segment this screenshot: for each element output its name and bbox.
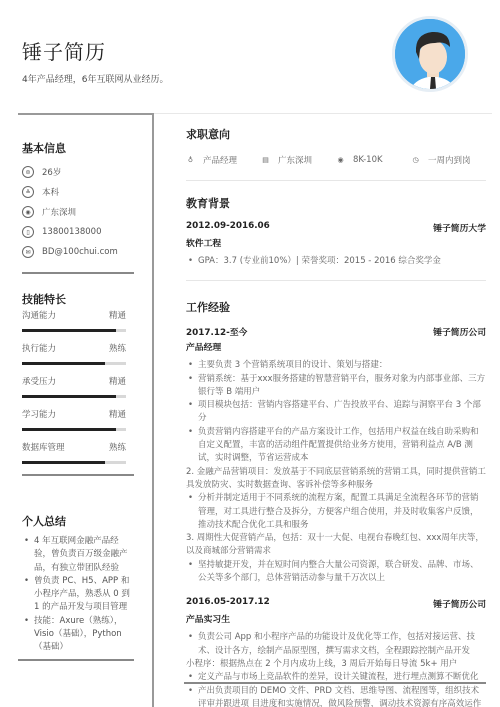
job-item: 负责公司 App 和小程序产品的功能设计及优化等工作，包括对接运营、技术、设计各…	[186, 631, 486, 658]
skill-level: 精通	[109, 309, 126, 323]
intent-salary-value: 8K-10K	[353, 155, 383, 165]
skill-level: 熟练	[109, 342, 126, 356]
job-item: 分析并制定适用于不同系统的流程方案，配置工具满足全流程各环节的营销管理，对工具进…	[186, 492, 486, 532]
job-head: 2016.05-2017.12 锤子简历公司	[186, 597, 486, 610]
skills-divider	[22, 474, 134, 476]
info-age: ⊜ 26岁	[22, 162, 134, 182]
education-major: 软件工程	[186, 236, 486, 249]
education-title: 教育背景	[186, 195, 486, 211]
basic-info-divider	[22, 272, 134, 274]
intent-city-value: 广东深圳	[278, 154, 312, 166]
education-item: GPA：3.7 (专业前10%）| 荣誉奖项：2015 - 2016 综合奖学金	[186, 255, 486, 268]
work-divider	[184, 682, 486, 684]
intent-job-value: 产品经理	[203, 154, 237, 166]
intent-time-value: 一周内到岗	[428, 154, 471, 166]
job-list: 分析并制定适用于不同系统的流程方案，配置工具满足全流程各环节的营销管理，对工具进…	[186, 492, 486, 532]
skill-name: 数据库管理	[22, 441, 65, 455]
info-email-value[interactable]: BD@100chui.com	[42, 247, 118, 257]
info-age-value: 26岁	[42, 166, 61, 178]
basic-info-title: 基本信息	[22, 140, 134, 156]
job-list: 主要负责 3 个营销系统项目的设计、策划与搭建： 营销系统：基于xxx服务搭建的…	[186, 359, 486, 465]
skill-bar	[22, 329, 126, 332]
summary-divider	[18, 659, 134, 661]
intent-time: ◷ 一周内到岗	[411, 154, 486, 166]
job-company: 锤子简历公司	[433, 597, 486, 610]
job-list: 定义产品与市场上竞品软件的差异，设计关键流程，进行埋点测算不断优化 产出负责项目…	[186, 671, 486, 707]
avatar	[392, 16, 468, 92]
education-school: 锤子简历大学	[433, 221, 486, 234]
summary-title: 个人总结	[22, 513, 134, 529]
education-period: 2012.09-2016.06	[186, 221, 270, 234]
info-location: ◉ 广东深圳	[22, 202, 134, 222]
skill-item: 承受压力精通	[22, 375, 126, 398]
skill-name: 学习能力	[22, 408, 56, 422]
info-email: ✉ BD@100chui.com	[22, 242, 134, 262]
age-icon: ⊜	[22, 166, 34, 178]
job-paragraph: 小程序：根据热点在 2 个月内成功上线，3 周后开始每日导流 5k+ 用户	[186, 658, 486, 671]
education-divider	[186, 280, 486, 281]
resume-tagline: 4年产品经理，6年互联网从业经历。	[22, 72, 168, 85]
job-list: 坚持敏捷开发，并在短时间内整合大量公司资源，联合研发、品牌、市场、公关等多个部门…	[186, 559, 486, 586]
header-divider-right	[152, 113, 492, 114]
salary-icon: ◉	[336, 156, 345, 165]
skills-section: 技能特长 沟通能力精通 执行能力熟练 承受压力精通 学习能力精通 数据库管理熟练	[22, 291, 126, 476]
skills-title: 技能特长	[22, 291, 126, 307]
city-icon: ▤	[261, 156, 270, 165]
job-item: 主要负责 3 个营销系统项目的设计、策划与搭建：	[186, 359, 486, 372]
summary-item: 曾负责 PC、H5、APP 和小程序产品，熟悉从 0 到 1 的产品开发与项目管…	[22, 575, 134, 615]
skill-item: 数据库管理熟练	[22, 441, 126, 464]
skill-item: 学习能力精通	[22, 408, 126, 431]
intent-divider	[186, 180, 486, 181]
intent-title: 求职意向	[186, 126, 486, 142]
summary-section: 个人总结 4 年互联网金融产品经验，曾负责百万级金融产品，有独立带团队经验 曾负…	[22, 513, 134, 655]
job-item: 产出负责项目的 DEMO 文件、PRD 文档、思维导图、流程图等，组织技术评审并…	[186, 685, 486, 707]
job-period: 2017.12-至今	[186, 325, 247, 338]
job-icon: ♁	[186, 156, 195, 165]
job-paragraph: 3. 周期性大促营销产品，包括：双十一大促、电视台春晚红包、xxx周年庆等，以及…	[186, 532, 486, 559]
summary-list: 4 年互联网金融产品经验，曾负责百万级金融产品，有独立带团队经验 曾负责 PC、…	[22, 535, 134, 655]
skill-name: 执行能力	[22, 342, 56, 356]
education-head: 2012.09-2016.06 锤子简历大学	[186, 221, 486, 234]
resume-name: 锤子简历	[22, 36, 106, 65]
info-phone: ▯ 13800138000	[22, 222, 134, 242]
job-item: 营销系统：基于xxx服务搭建的智慧营销平台，服务对象为内部事业部、三方银行等 B…	[186, 373, 486, 400]
skill-item: 执行能力熟练	[22, 342, 126, 365]
job-role: 产品实习生	[186, 612, 486, 625]
work-title: 工作经验	[186, 299, 486, 315]
skill-level: 精通	[109, 408, 126, 422]
info-education: ≚ 本科	[22, 182, 134, 202]
job-item: 负责营销内容搭建平台的产品方案设计工作，包括用户权益在线自助采购和自定义配置，丰…	[186, 426, 486, 466]
location-icon: ◉	[22, 206, 34, 218]
person-avatar-icon	[395, 19, 468, 92]
intent-job: ♁ 产品经理	[186, 154, 261, 166]
education-list: GPA：3.7 (专业前10%）| 荣誉奖项：2015 - 2016 综合奖学金	[186, 255, 486, 268]
summary-item: 4 年互联网金融产品经验，曾负责百万级金融产品，有独立带团队经验	[22, 535, 134, 575]
intent-row: ♁ 产品经理 ▤ 广东深圳 ◉ 8K-10K ◷ 一周内到岗	[186, 154, 486, 166]
skill-name: 沟通能力	[22, 309, 56, 323]
job-period: 2016.05-2017.12	[186, 597, 270, 610]
skill-item: 沟通能力精通	[22, 309, 126, 332]
job-item: 坚持敏捷开发，并在短时间内整合大量公司资源，联合研发、品牌、市场、公关等多个部门…	[186, 559, 486, 586]
skill-bar	[22, 428, 126, 431]
email-icon: ✉	[22, 246, 34, 258]
skill-level: 熟练	[109, 441, 126, 455]
basic-info-section: 基本信息 ⊜ 26岁 ≚ 本科 ◉ 广东深圳 ▯ 13800138000 ✉ B…	[22, 140, 134, 274]
intent-city: ▤ 广东深圳	[261, 154, 336, 166]
intent-salary: ◉ 8K-10K	[336, 155, 411, 165]
skill-fill	[22, 461, 105, 464]
main-column: 求职意向 ♁ 产品经理 ▤ 广东深圳 ◉ 8K-10K ◷ 一周内到岗 教育背景…	[186, 126, 486, 707]
info-phone-value: 13800138000	[42, 227, 102, 237]
resume-header: 锤子简历 4年产品经理，6年互联网从业经历。	[0, 0, 500, 112]
skill-name: 承受压力	[22, 375, 56, 389]
skill-fill	[22, 362, 105, 365]
skill-bar	[22, 362, 126, 365]
info-location-value: 广东深圳	[42, 206, 76, 218]
job-paragraph: 2. 金融产品营销项目：发放基于不同底层营销系统的营销工具，同时提供营销工具发放…	[186, 466, 486, 493]
job-role: 产品经理	[186, 340, 486, 353]
summary-item: 技能：Axure（熟练），Visio（基础），Python（基础）	[22, 615, 134, 655]
column-divider	[152, 113, 154, 707]
education-icon: ≚	[22, 186, 34, 198]
job-head: 2017.12-至今 锤子简历公司	[186, 325, 486, 338]
skill-bar	[22, 395, 126, 398]
phone-icon: ▯	[22, 226, 34, 238]
skill-level: 精通	[109, 375, 126, 389]
skill-bar	[22, 461, 126, 464]
skill-fill	[22, 395, 116, 398]
header-divider-left	[18, 113, 152, 115]
skill-fill	[22, 428, 116, 431]
job-item: 项目模块包括：营销内容搭建平台、广告投放平台、追踪与洞察平台 3 个部分	[186, 399, 486, 426]
time-icon: ◷	[411, 156, 420, 165]
info-education-value: 本科	[42, 186, 59, 198]
job-company: 锤子简历公司	[433, 325, 486, 338]
skill-fill	[22, 329, 116, 332]
job-list: 负责公司 App 和小程序产品的功能设计及优化等工作，包括对接运营、技术、设计各…	[186, 631, 486, 658]
